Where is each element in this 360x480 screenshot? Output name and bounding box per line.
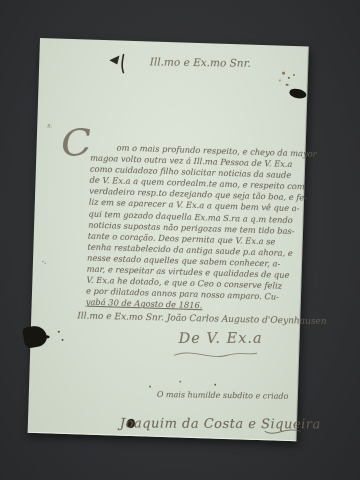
drop-cap: C [59, 122, 93, 166]
foxing-spot [286, 84, 289, 86]
margin-mark: -, [42, 257, 47, 265]
margin-mark: s. [47, 122, 52, 129]
foxing-spot [282, 72, 285, 75]
ink-speck [61, 339, 63, 341]
foxing-spot [279, 80, 281, 82]
foxing-spot [214, 384, 216, 386]
courtesy-line: O mais humilde subdito e criado [157, 390, 289, 401]
signature-flourish [263, 423, 303, 438]
ink-speck [58, 331, 60, 333]
foxing-spot [179, 381, 181, 383]
photograph-of-letter: Ill.mo e Ex.mo Snr. s. -, C om o mais pr… [0, 0, 360, 480]
pen-flourish [170, 345, 260, 364]
subscription: De V. Ex.a [179, 331, 263, 347]
salutation-heading: Ill.mo e Ex.mo Snr. [139, 56, 261, 70]
foxing-spot [149, 386, 151, 388]
foxing-spot [288, 77, 290, 79]
ink-blot [45, 335, 50, 338]
foxing-spot [293, 74, 295, 76]
letter-body: om o mais profundo respeito, e cheyo da … [86, 142, 309, 315]
manuscript-page: Ill.mo e Ex.mo Snr. s. -, C om o mais pr… [28, 38, 309, 441]
ink-blot [289, 88, 307, 99]
folio-mark-icon [107, 52, 130, 75]
